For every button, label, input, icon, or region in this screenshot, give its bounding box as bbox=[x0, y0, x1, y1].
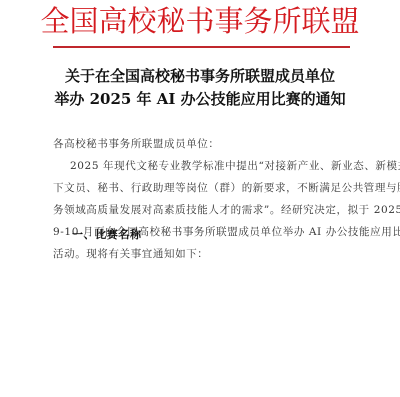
paragraph-line: 务领域高质量发展对高素质技能人才的需求”。经研究决定，拟于 2025 年 bbox=[53, 203, 353, 218]
paragraph-line: 下文员、秘书、行政助理等岗位（群）的新要求，不断满足公共管理与服 bbox=[53, 181, 353, 196]
notice-title-line-2: 举办 2025 年 AI 办公技能应用比赛的通知 bbox=[0, 89, 400, 109]
section-heading-competition-name: 一、比赛名称 bbox=[72, 227, 372, 242]
paragraph-line: 2025 年现代文秘专业教学标准中提出“对接新产业、新业态、新模式 bbox=[70, 159, 370, 174]
notice-title-line-1: 关于在全国高校秘书事务所联盟成员单位 bbox=[0, 66, 400, 86]
salutation: 各高校秘书事务所联盟成员单位： bbox=[53, 137, 353, 152]
letterhead-divider bbox=[53, 46, 350, 48]
paragraph-line: 活动。现将有关事宜通知如下： bbox=[53, 247, 353, 262]
org-letterhead-title: 全国高校秘书事务所联盟 bbox=[0, 4, 400, 38]
